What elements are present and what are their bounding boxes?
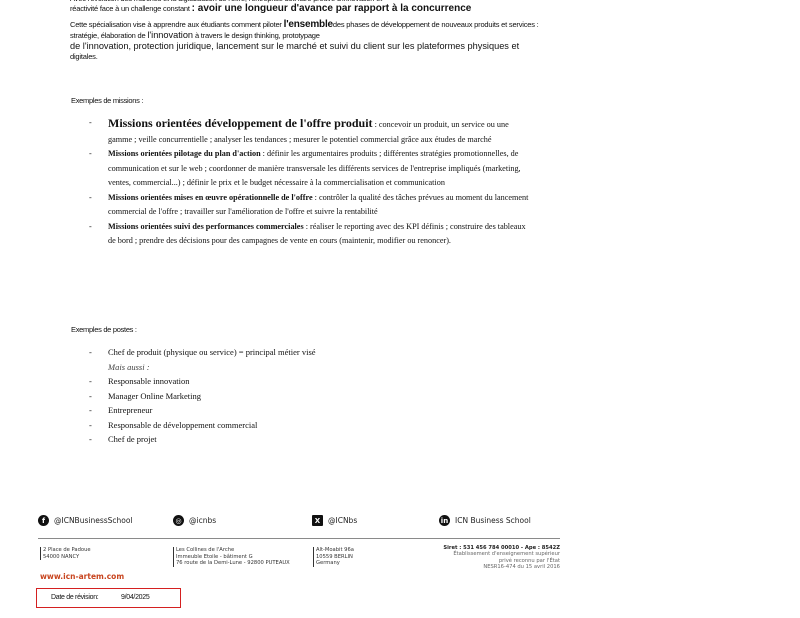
address-berlin: Alt-Moabit 96a 10559 BERLIN Germany: [313, 547, 354, 567]
mission-lead: Missions orientées mises en œuvre opérat…: [108, 193, 313, 202]
missions-heading: Exemples de missions :: [71, 96, 143, 105]
revision-value: 9/04/2025: [121, 594, 149, 601]
instagram-icon: ◎: [173, 515, 184, 526]
mission-lead: Missions orientées développement de l'of…: [108, 116, 373, 130]
revision-label: Date de révision:: [51, 594, 98, 601]
mission-item: Missions orientées mises en œuvre opérat…: [89, 191, 529, 220]
poste-item: Chef de projet: [89, 432, 389, 447]
legal-info: Siret : 531 456 784 00010 - Ape : 8542Z …: [420, 545, 560, 571]
address-line: 2 Place de Padoue: [43, 547, 91, 554]
postes-heading: Exemples de postes :: [71, 325, 137, 334]
x-icon: X: [312, 515, 323, 526]
intro-paragraph-2: Cette spécialisation vise à apprendre au…: [70, 20, 540, 62]
footer-social: f @ICNBusinessSchool ◎ @icnbs X @ICNbs i…: [38, 515, 560, 529]
para2-text-e: digitales.: [70, 52, 98, 61]
website-link[interactable]: www.icn-artem.com: [40, 572, 124, 581]
mission-lead: Missions orientées pilotage du plan d'ac…: [108, 149, 261, 158]
address-nancy: 2 Place de Padoue 54000 NANCY: [40, 547, 91, 560]
social-x[interactable]: X @ICNbs: [312, 515, 357, 526]
social-facebook[interactable]: f @ICNBusinessSchool: [38, 515, 133, 526]
poste-aside: Mais aussi :: [89, 360, 389, 375]
address-line: Les Collines de l'Arche: [176, 547, 290, 554]
poste-item: Chef de produit (physique ou service) = …: [89, 345, 389, 360]
social-instagram[interactable]: ◎ @icnbs: [173, 515, 216, 526]
poste-item: Responsable de développement commercial: [89, 418, 389, 433]
facebook-icon: f: [38, 515, 49, 526]
poste-item: Responsable innovation: [89, 374, 389, 389]
address-line: 76 route de la Demi-Lune - 92800 PUTEAUX: [176, 560, 290, 567]
mission-item: Missions orientées suivi des performance…: [89, 220, 529, 249]
para2-text-c: à travers le design thinking, prototypag…: [195, 31, 320, 40]
intro-paragraph-1: Avec l'évolution des marchés et la digit…: [70, 0, 540, 14]
address-line: 54000 NANCY: [43, 554, 91, 561]
social-linkedin[interactable]: in ICN Business School: [439, 515, 531, 526]
intro-emphasis: : avoir une longueur d'avance par rappor…: [192, 3, 472, 14]
para2-emphasis-innovation: l'innovation: [147, 30, 193, 40]
mission-item: Missions orientées développement de l'of…: [89, 116, 529, 147]
address-paris: Les Collines de l'Arche Immeuble Etoile …: [173, 547, 290, 567]
poste-item: Manager Online Marketing: [89, 389, 389, 404]
footer-divider: [38, 538, 560, 539]
linkedin-icon: in: [439, 515, 450, 526]
social-handle: @ICNBusinessSchool: [54, 516, 133, 525]
address-line: 10559 BERLIN: [316, 554, 354, 561]
address-line: Alt-Moabit 96a: [316, 547, 354, 554]
intro-line-1: réactivité face à un challenge constant: [70, 4, 190, 13]
para2-text-d: de l'innovation, protection juridique, l…: [70, 41, 519, 51]
postes-list: Chef de produit (physique ou service) = …: [89, 345, 389, 447]
legal-line: NESR16-474 du 15 avril 2016: [420, 564, 560, 570]
social-handle: @ICNbs: [328, 516, 357, 525]
social-handle: @icnbs: [189, 516, 216, 525]
missions-list: Missions orientées développement de l'of…: [89, 116, 529, 249]
mission-lead: Missions orientées suivi des performance…: [108, 222, 304, 231]
revision-date-box: Date de révision: 9/04/2025: [36, 588, 181, 608]
address-line: Immeuble Etoile - bâtiment G: [176, 554, 290, 561]
mission-item: Missions orientées pilotage du plan d'ac…: [89, 147, 529, 191]
intro-section: Avec l'évolution des marchés et la digit…: [70, 0, 540, 68]
document-page: Avec l'évolution des marchés et la digit…: [0, 0, 800, 618]
para2-text-a: Cette spécialisation vise à apprendre au…: [70, 20, 284, 29]
poste-item: Entrepreneur: [89, 403, 389, 418]
social-handle: ICN Business School: [455, 516, 531, 525]
address-line: Germany: [316, 560, 354, 567]
para2-emphasis-ensemble: l'ensemble: [284, 19, 333, 30]
